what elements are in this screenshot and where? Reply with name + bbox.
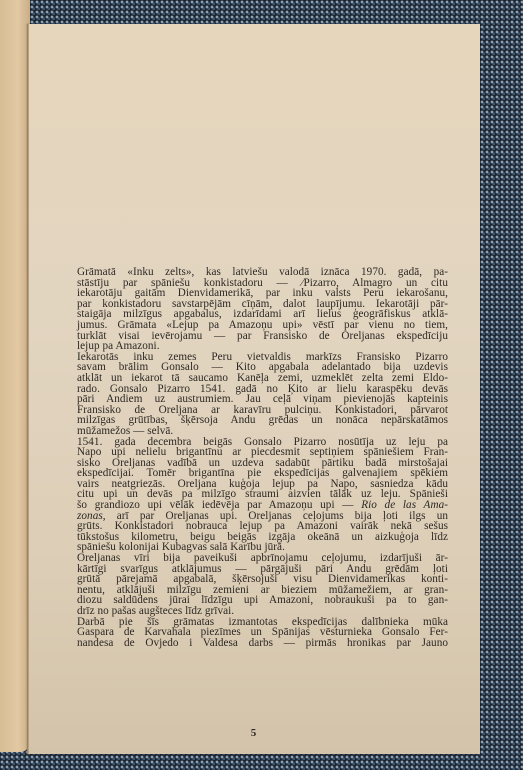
paragraph-1: Grāmatā «Inku zelts», kas latviešu valod…: [65, 267, 448, 352]
previous-page-edge: [0, 0, 30, 752]
page-number: 5: [27, 727, 480, 739]
text-line: atklāt un iekarot tā saucamo Kanēļa zemi…: [65, 373, 448, 384]
text-line: drīz no pašas augšteces līdz grīvai.: [65, 606, 448, 617]
text-line: Grāmatā «Inku zelts», kas latviešu valod…: [65, 267, 448, 278]
paragraph-2: Iekarotās inku zemes Peru vietvaldis mar…: [65, 352, 448, 437]
paragraph-4: Oreljanas vīri bija paveikuši apbrīnojam…: [65, 553, 448, 617]
text-line: mūžamežos — selvā.: [65, 426, 448, 437]
body-text: Grāmatā «Inku zelts», kas latviešu valod…: [65, 267, 448, 648]
page-spine: [27, 24, 29, 754]
paragraph-3: 1541. gada decembra beigās Gonsalo Pizar…: [65, 437, 448, 554]
text-line: jumus. Grāmata «Lejup pa Amazoņu upi» vē…: [65, 320, 448, 331]
paragraph-5: Darbā pie šīs grāmatas izmantotas eksped…: [65, 617, 448, 649]
text-line: nandesa de Ovjedo i Valdesa darbs — pirm…: [65, 638, 448, 649]
book-page: Grāmatā «Inku zelts», kas latviešu valod…: [27, 24, 480, 754]
